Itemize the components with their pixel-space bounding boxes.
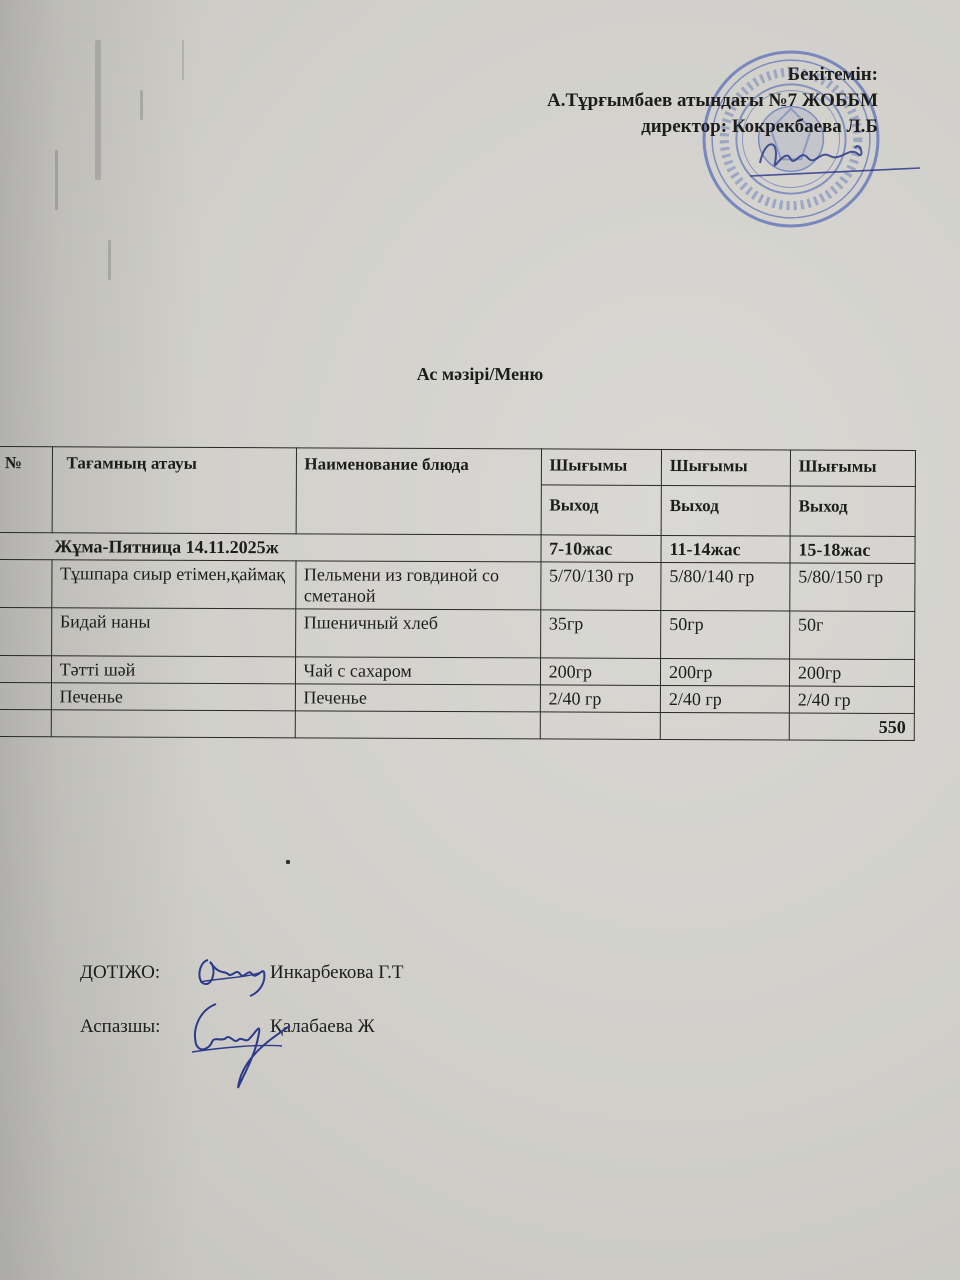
portion: 35гр	[540, 610, 661, 659]
age-group: 15-18жас	[790, 536, 915, 564]
dish-name-ru: Печенье	[295, 684, 540, 712]
portion: 50г	[789, 611, 914, 660]
empty-cell	[51, 710, 295, 738]
portion: 200гр	[540, 658, 660, 686]
dish-name-kz: Тәтті шәй	[51, 656, 295, 684]
empty-cell	[0, 709, 51, 736]
empty-cell	[660, 712, 789, 740]
dish-name-kz: Бидай наны	[51, 608, 295, 657]
total-row: 550	[0, 709, 914, 740]
portion: 5/70/130 гр	[540, 562, 661, 611]
ink-speck	[286, 860, 290, 864]
page-title: Ас мәзірі/Меню	[0, 364, 960, 385]
scan-streak	[108, 240, 111, 280]
dish-name-ru: Чай с сахаром	[295, 657, 540, 685]
scan-streak	[95, 40, 101, 180]
table-row: Бидай наны Пшеничный хлеб 35гр 50гр 50г	[0, 608, 915, 660]
signature-name: Инкарбекова Г.Т	[270, 960, 403, 986]
handwritten-signature-icon	[178, 998, 298, 1090]
dish-name-ru: Пельмени из говдиной со сметаной	[295, 561, 540, 610]
dish-name-ru: Пшеничный хлеб	[295, 609, 540, 658]
school-name: А.Тұрғымбаев атындағы №7 ЖОББМ	[547, 88, 878, 114]
portion: 5/80/140 гр	[661, 562, 790, 611]
portion: 200гр	[660, 658, 789, 686]
day-label: Жұма-Пятница 14.11.2025ж	[0, 533, 541, 562]
portion: 2/40 гр	[540, 685, 660, 713]
table-row: Печенье Печенье 2/40 гр 2/40 гр 2/40 гр	[0, 682, 914, 713]
director-signature-icon	[740, 128, 930, 188]
scan-streak	[55, 150, 58, 210]
header-name-ru: Наименование блюда	[296, 448, 541, 535]
table-row: Тұшпара сиыр етімен,қаймақ Пельмени из г…	[0, 560, 915, 612]
portion: 50гр	[661, 610, 790, 659]
header-yield-kz: Шығымы	[541, 449, 662, 486]
portion: 2/40 гр	[789, 686, 914, 714]
portion: 5/80/150 гр	[790, 563, 915, 612]
header-yield-kz: Шығымы	[661, 449, 790, 486]
header-yield-ru: Выход	[790, 486, 915, 537]
header-yield-kz: Шығымы	[790, 450, 915, 487]
handwritten-signature-icon	[190, 948, 270, 998]
scan-streak	[182, 40, 184, 80]
header-yield-ru: Выход	[541, 485, 662, 536]
empty-cell	[540, 712, 660, 740]
row-number	[0, 682, 51, 709]
portion: 200гр	[789, 659, 914, 687]
row-number	[0, 656, 51, 683]
day-label-text: Жұма-Пятница 14.11.2025ж	[13, 536, 279, 557]
row-number	[0, 608, 51, 656]
age-group: 7-10жас	[541, 535, 661, 563]
scan-streak	[140, 90, 143, 120]
row-number	[0, 560, 52, 608]
portion: 2/40 гр	[660, 685, 789, 713]
dish-name-kz: Печенье	[51, 683, 295, 711]
menu-table: № Тағамның атауы Наименование блюда Шығы…	[0, 446, 916, 741]
table-row: Тәтті шәй Чай с сахаром 200гр 200гр 200г…	[0, 656, 915, 687]
approval-label: Бекітемін:	[547, 62, 878, 88]
total-calories: 550	[789, 713, 914, 741]
age-group: 11-14жас	[661, 535, 790, 563]
header-yield-ru: Выход	[661, 485, 790, 536]
empty-cell	[295, 711, 540, 739]
day-row: Жұма-Пятница 14.11.2025ж 7-10жас 11-14жа…	[0, 533, 915, 564]
dish-name-kz: Тұшпара сиыр етімен,қаймақ	[51, 560, 295, 609]
header-name-kz: Тағамның атауы	[52, 447, 296, 534]
header-row: № Тағамның атауы Наименование блюда Шығы…	[0, 447, 915, 487]
header-number: №	[0, 447, 52, 533]
